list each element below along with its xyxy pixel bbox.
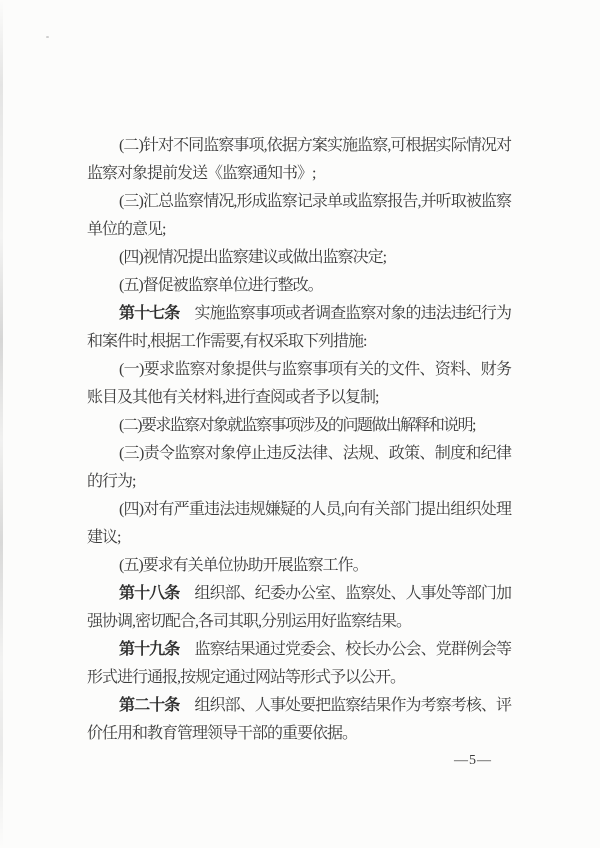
paragraph: (五)要求有关单位协助开展监察工作。 bbox=[87, 552, 511, 580]
scan-speck bbox=[46, 36, 49, 38]
paragraph: (四)对有严重违法违规嫌疑的人员,向有关部门提出组织处理建议; bbox=[87, 496, 511, 552]
page-number-text: —5— bbox=[454, 753, 492, 768]
paragraph: 第二十条组织部、人事处要把监察结果作为考察考核、评价任用和教育管理领导干部的重要… bbox=[87, 692, 511, 748]
document-body: (二)针对不同监察事项,依据方案实施监察,可根据实际情况对监察对象提前发送《监察… bbox=[87, 132, 511, 748]
paragraph: (二)要求监察对象就监察事项涉及的问题做出解释和说明; bbox=[87, 412, 511, 440]
paragraph: 第十八条组织部、纪委办公室、监察处、人事处等部门加强协调,密切配合,各司其职,分… bbox=[87, 580, 511, 636]
article-number: 第二十条 bbox=[119, 697, 179, 714]
paragraph: (三)责令监察对象停止违反法律、法规、政策、制度和纪律的行为; bbox=[87, 440, 511, 496]
paragraph: (五)督促被监察单位进行整改。 bbox=[87, 272, 511, 300]
paragraph: (四)视情况提出监察建议或做出监察决定; bbox=[87, 244, 511, 272]
article-number: 第十九条 bbox=[119, 641, 179, 658]
article-number: 第十七条 bbox=[119, 305, 179, 322]
scan-edge-artifact bbox=[0, 0, 3, 848]
page-number: —5— bbox=[454, 753, 492, 769]
paragraph: 第十七条实施监察事项或者调查监察对象的违法违纪行为和案件时,根据工作需要,有权采… bbox=[87, 300, 511, 356]
paragraph: (二)针对不同监察事项,依据方案实施监察,可根据实际情况对监察对象提前发送《监察… bbox=[87, 132, 511, 188]
article-number: 第十八条 bbox=[119, 585, 179, 602]
document-page: (二)针对不同监察事项,依据方案实施监察,可根据实际情况对监察对象提前发送《监察… bbox=[0, 0, 600, 848]
paragraph: (一)要求监察对象提供与监察事项有关的文件、资料、财务账目及其他有关材料,进行查… bbox=[87, 356, 511, 412]
paragraph: 第十九条监察结果通过党委会、校长办公会、党群例会等形式进行通报,按规定通过网站等… bbox=[87, 636, 511, 692]
paragraph: (三)汇总监察情况,形成监察记录单或监察报告,并听取被监察单位的意见; bbox=[87, 188, 511, 244]
